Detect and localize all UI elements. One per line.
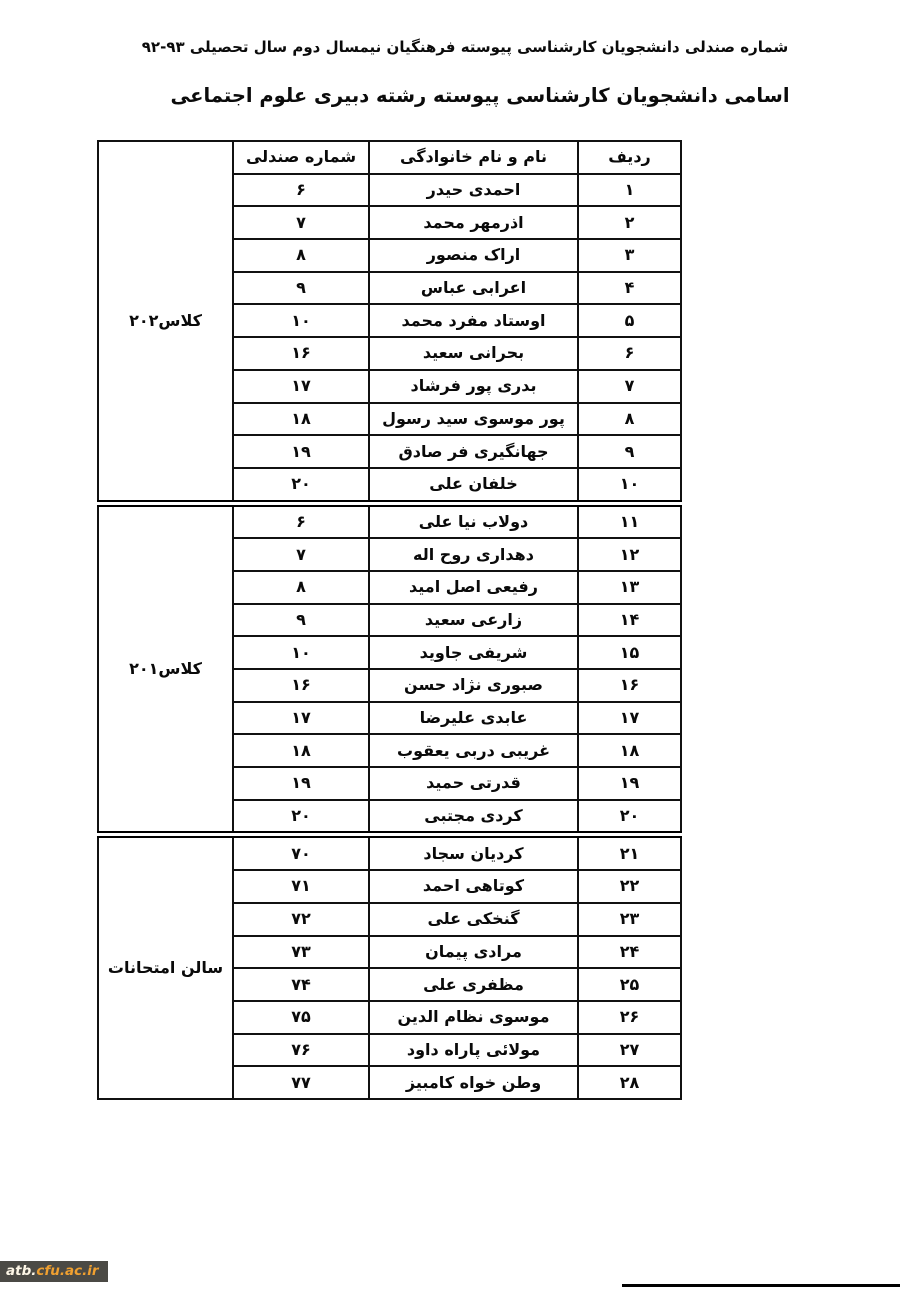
student-name-cell: اراک منصور: [369, 239, 578, 272]
seat-number-cell: ۱۰: [233, 304, 369, 337]
row-number-cell: ۵: [578, 304, 681, 337]
class-location-cell: کلاس۲۰۲: [98, 141, 233, 503]
student-name-cell: عابدی علیرضا: [369, 702, 578, 735]
seat-number-cell: ۱۰: [233, 636, 369, 669]
row-number-cell: ۱۸: [578, 734, 681, 767]
seat-number-cell: ۷۳: [233, 936, 369, 969]
row-number-cell: ۲۷: [578, 1034, 681, 1067]
student-name-cell: قدرتی حمید: [369, 767, 578, 800]
seat-number-cell: ۱۹: [233, 767, 369, 800]
student-name-cell: وطن خواه کامبیز: [369, 1066, 578, 1099]
seat-number-cell: ۱۸: [233, 734, 369, 767]
watermark-prefix: atb.: [6, 1261, 36, 1282]
watermark-suffix: cfu.ac.ir: [36, 1261, 98, 1282]
row-number-cell: ۲۵: [578, 968, 681, 1001]
student-name-cell: کردیان سجاد: [369, 835, 578, 870]
seat-number-cell: ۷: [233, 206, 369, 239]
seat-number-cell: ۱۷: [233, 370, 369, 403]
class-location-cell: سالن امتحانات: [98, 835, 233, 1099]
seat-number-cell: ۷۲: [233, 903, 369, 936]
row-number-cell: ۶: [578, 337, 681, 370]
student-name-cell: گنخکی علی: [369, 903, 578, 936]
row-number-cell: ۲۶: [578, 1001, 681, 1034]
document-page: شماره صندلی دانشجویان کارشناسی پیوسته فر…: [0, 0, 900, 1292]
header-row-number: ردیف: [578, 141, 681, 174]
student-name-cell: اوستاد مفرد محمد: [369, 304, 578, 337]
student-name-cell: بدری پور فرشاد: [369, 370, 578, 403]
student-name-cell: غریبی دربی یعقوب: [369, 734, 578, 767]
row-number-cell: ۲۰: [578, 800, 681, 835]
seat-number-cell: ۶: [233, 503, 369, 538]
seat-number-cell: ۷۴: [233, 968, 369, 1001]
row-number-cell: ۲۲: [578, 870, 681, 903]
seat-number-cell: ۹: [233, 604, 369, 637]
student-name-cell: کردی مجتبی: [369, 800, 578, 835]
footer-scan-line: [622, 1284, 900, 1287]
row-number-cell: ۹: [578, 435, 681, 468]
student-name-cell: مولائی پاراه داود: [369, 1034, 578, 1067]
student-name-cell: دولاب نیا علی: [369, 503, 578, 538]
row-number-cell: ۱۶: [578, 669, 681, 702]
seat-number-cell: ۲۰: [233, 800, 369, 835]
student-name-cell: اعرابی عباس: [369, 272, 578, 305]
student-name-cell: احمدی حیدر: [369, 174, 578, 207]
seat-number-cell: ۸: [233, 239, 369, 272]
student-name-cell: دهداری روح اله: [369, 538, 578, 571]
student-name-cell: خلفان علی: [369, 468, 578, 503]
row-number-cell: ۱۳: [578, 571, 681, 604]
student-name-cell: کوتاهی احمد: [369, 870, 578, 903]
student-row: ۲۱کردیان سجاد۷۰سالن امتحانات: [98, 835, 681, 870]
student-name-cell: رفیعی اصل امید: [369, 571, 578, 604]
row-number-cell: ۱۲: [578, 538, 681, 571]
row-number-cell: ۸: [578, 403, 681, 436]
seat-number-cell: ۱۹: [233, 435, 369, 468]
header-student-name: نام و نام خانوادگی: [369, 141, 578, 174]
seating-table: ردیف نام و نام خانوادگی شماره صندلی کلاس…: [97, 140, 682, 1100]
row-number-cell: ۴: [578, 272, 681, 305]
row-number-cell: ۱۱: [578, 503, 681, 538]
row-number-cell: ۱۷: [578, 702, 681, 735]
student-name-cell: صبوری نژاد حسن: [369, 669, 578, 702]
page-title: شماره صندلی دانشجویان کارشناسی پیوسته فر…: [30, 38, 900, 56]
row-number-cell: ۲۴: [578, 936, 681, 969]
seat-number-cell: ۸: [233, 571, 369, 604]
seat-number-cell: ۷۰: [233, 835, 369, 870]
student-name-cell: جهانگیری فر صادق: [369, 435, 578, 468]
row-number-cell: ۱۴: [578, 604, 681, 637]
row-number-cell: ۳: [578, 239, 681, 272]
student-name-cell: موسوی نظام الدین: [369, 1001, 578, 1034]
row-number-cell: ۱۰: [578, 468, 681, 503]
student-name-cell: زارعی سعید: [369, 604, 578, 637]
seat-number-cell: ۷۱: [233, 870, 369, 903]
seat-number-cell: ۷۷: [233, 1066, 369, 1099]
table-header-row: ردیف نام و نام خانوادگی شماره صندلی کلاس…: [98, 141, 681, 174]
row-number-cell: ۲۸: [578, 1066, 681, 1099]
student-name-cell: اذرمهر محمد: [369, 206, 578, 239]
seat-number-cell: ۷۵: [233, 1001, 369, 1034]
seat-number-cell: ۹: [233, 272, 369, 305]
seat-number-cell: ۷: [233, 538, 369, 571]
row-number-cell: ۷: [578, 370, 681, 403]
header-seat-number: شماره صندلی: [233, 141, 369, 174]
seat-number-cell: ۱۶: [233, 337, 369, 370]
seat-number-cell: ۱۶: [233, 669, 369, 702]
watermark-badge: atb.cfu.ac.ir: [0, 1261, 108, 1282]
row-number-cell: ۲۱: [578, 835, 681, 870]
row-number-cell: ۲۳: [578, 903, 681, 936]
row-number-cell: ۱: [578, 174, 681, 207]
student-name-cell: پور موسوی سید رسول: [369, 403, 578, 436]
seating-table-body: ردیف نام و نام خانوادگی شماره صندلی کلاس…: [98, 141, 681, 1099]
row-number-cell: ۱۵: [578, 636, 681, 669]
student-row: ۱۱دولاب نیا علی۶کلاس۲۰۱: [98, 503, 681, 538]
seat-number-cell: ۱۷: [233, 702, 369, 735]
seat-number-cell: ۱۸: [233, 403, 369, 436]
student-name-cell: بحرانی سعید: [369, 337, 578, 370]
seat-number-cell: ۲۰: [233, 468, 369, 503]
student-name-cell: شریفی جاوید: [369, 636, 578, 669]
seat-number-cell: ۷۶: [233, 1034, 369, 1067]
page-subtitle: اسامی دانشجویان کارشناسی پیوسته رشته دبی…: [130, 84, 830, 107]
row-number-cell: ۱۹: [578, 767, 681, 800]
seat-number-cell: ۶: [233, 174, 369, 207]
student-name-cell: مرادی پیمان: [369, 936, 578, 969]
row-number-cell: ۲: [578, 206, 681, 239]
student-name-cell: مظفری علی: [369, 968, 578, 1001]
class-location-cell: کلاس۲۰۱: [98, 503, 233, 835]
